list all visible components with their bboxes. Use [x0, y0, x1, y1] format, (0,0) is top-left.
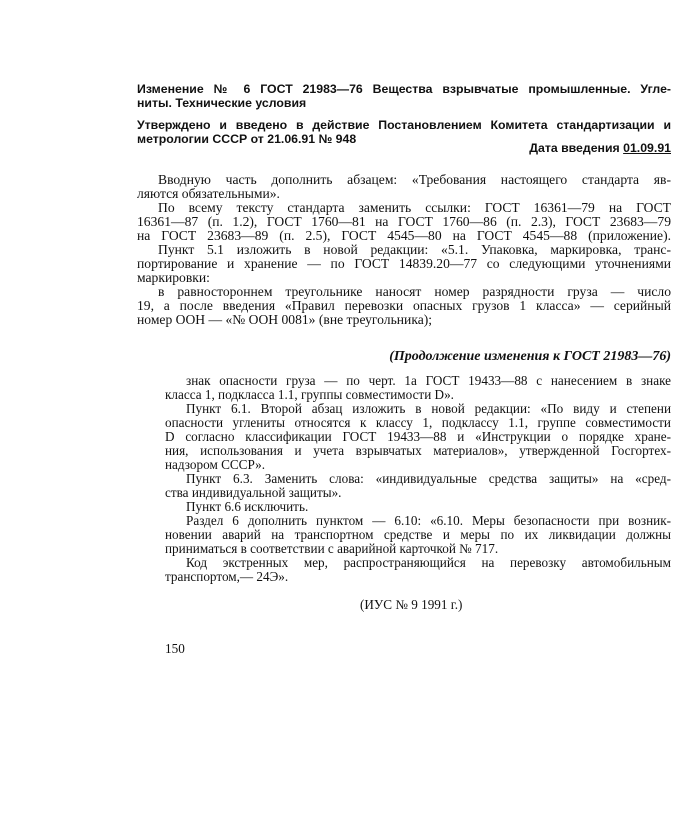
- text-line: 16361—87 (п. 1.2), ГОСТ 1760—81 на ГОСТ …: [137, 215, 671, 229]
- text-line: По всему тексту стандарта заменить ссылк…: [158, 201, 671, 215]
- text-line: на ГОСТ 23683—89 (п. 2.5), ГОСТ 4545—80 …: [137, 229, 671, 243]
- effective-date: Дата введения 01.09.91: [137, 141, 671, 155]
- continuation-header: (Продолжение изменения к ГОСТ 21983—76): [137, 350, 671, 364]
- text-line: ства индивидуальной защиты».: [165, 486, 671, 500]
- text-line: знак опасности груза — по черт. 1а ГОСТ …: [186, 374, 671, 388]
- source-reference: (ИУС № 9 1991 г.): [360, 598, 560, 612]
- text-line: надзором СССР».: [165, 458, 671, 472]
- text-line: опасности углениты относятся к классу 1,…: [165, 416, 671, 430]
- page-number: 150: [165, 642, 225, 656]
- text-line: приниматься в соответствии с аварийной к…: [165, 542, 671, 556]
- text-line: Пункт 5.1 изложить в новой редакции: «5.…: [158, 243, 671, 257]
- text-line: портирование и хранение — по ГОСТ 14839.…: [137, 257, 671, 271]
- text-line: транспортом,— 24Э».: [165, 570, 671, 584]
- amendment-title-line1: Изменение № 6 ГОСТ 21983—76 Вещества взр…: [137, 82, 671, 96]
- text-line: номер ООН — «№ ООН 0081» (вне треугольни…: [137, 313, 671, 327]
- document-page: Изменение № 6 ГОСТ 21983—76 Вещества взр…: [0, 0, 700, 813]
- amendment-title-line2: ниты. Технические условия: [137, 96, 671, 110]
- text-line: новении аварий на транспортном средстве …: [165, 528, 671, 542]
- text-line: D согласно классификации ГОСТ 19433—88 и…: [165, 430, 671, 444]
- text-line: Раздел 6 дополнить пунктом — 6.10: «6.10…: [186, 514, 671, 528]
- effective-date-value: 01.09.91: [623, 141, 671, 155]
- text-line: Код экстренных мер, распространяющийся н…: [186, 556, 671, 570]
- text-line: Вводную часть дополнить абзацем: «Требов…: [158, 173, 671, 187]
- text-line: Пункт 6.1. Второй абзац изложить в новой…: [186, 402, 671, 416]
- text-line: в равностороннем треугольнике наносят но…: [158, 285, 671, 299]
- text-line: 19, а после введения «Правил перевозки о…: [137, 299, 671, 313]
- text-line: маркировки:: [137, 271, 671, 285]
- text-line: Пункт 6.3. Заменить слова: «индивидуальн…: [186, 472, 671, 486]
- text-line: класса 1, подкласса 1.1, группы совмести…: [165, 388, 671, 402]
- text-line: ляются обязательными».: [137, 187, 671, 201]
- approval-line1: Утверждено и введено в действие Постанов…: [137, 118, 671, 132]
- effective-date-label: Дата введения: [529, 141, 619, 155]
- text-line: Пункт 6.6 исключить.: [186, 500, 671, 514]
- text-line: ния, использования и учета взрывчатых ма…: [165, 444, 671, 458]
